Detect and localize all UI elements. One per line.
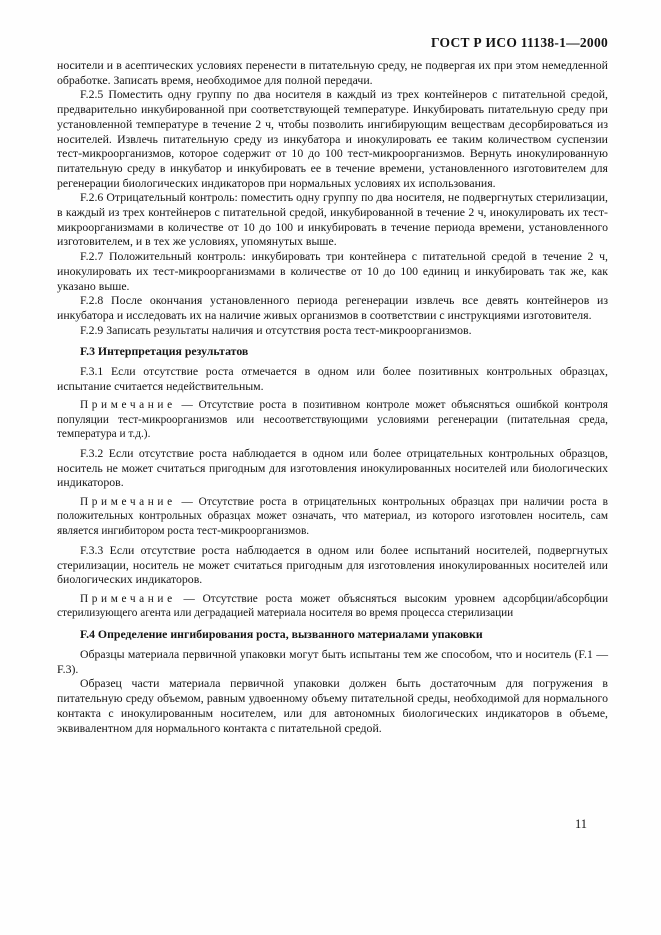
paragraph: F.2.9 Записать результаты наличия и отсу… (57, 323, 608, 338)
paragraph: F.2.6 Отрицательный контроль: поместить … (57, 190, 608, 249)
note-label: Примечание (80, 496, 176, 508)
note-label: Примечание (80, 593, 176, 605)
note-paragraph: Примечание — Отсутствие роста может объя… (57, 592, 608, 620)
document-content: носители и в асептических условиях перен… (57, 58, 608, 735)
page-footer: 11 (57, 817, 608, 832)
note-label: Примечание (80, 399, 176, 411)
paragraph: F.3.2 Если отсутствие роста наблюдается … (57, 446, 608, 490)
page-header: ГОСТ Р ИСО 11138-1—2000 (57, 35, 608, 51)
page-number: 11 (575, 817, 608, 832)
paragraph: F.2.7 Положительный контроль: инкубирова… (57, 249, 608, 293)
paragraph: носители и в асептических условиях перен… (57, 58, 608, 87)
document-page: ГОСТ Р ИСО 11138-1—2000 носители и в асе… (0, 0, 661, 935)
paragraph: Образец части материала первичной упаков… (57, 676, 608, 735)
paragraph: F.3.3 Если отсутствие роста наблюдается … (57, 543, 608, 587)
paragraph: Образцы материала первичной упаковки мог… (57, 647, 608, 676)
section-heading: F.4 Определение ингибирования роста, выз… (57, 627, 608, 642)
note-paragraph: Примечание — Отсутствие роста в позитивн… (57, 398, 608, 441)
note-paragraph: Примечание — Отсутствие роста в отрицате… (57, 495, 608, 538)
paragraph: F.2.8 После окончания установленного пер… (57, 293, 608, 322)
paragraph: F.3.1 Если отсутствие роста отмечается в… (57, 364, 608, 393)
standard-number: ГОСТ Р ИСО 11138-1—2000 (431, 35, 608, 50)
paragraph: F.2.5 Поместить одну группу по два носит… (57, 87, 608, 190)
section-heading: F.3 Интерпретация результатов (57, 344, 608, 359)
